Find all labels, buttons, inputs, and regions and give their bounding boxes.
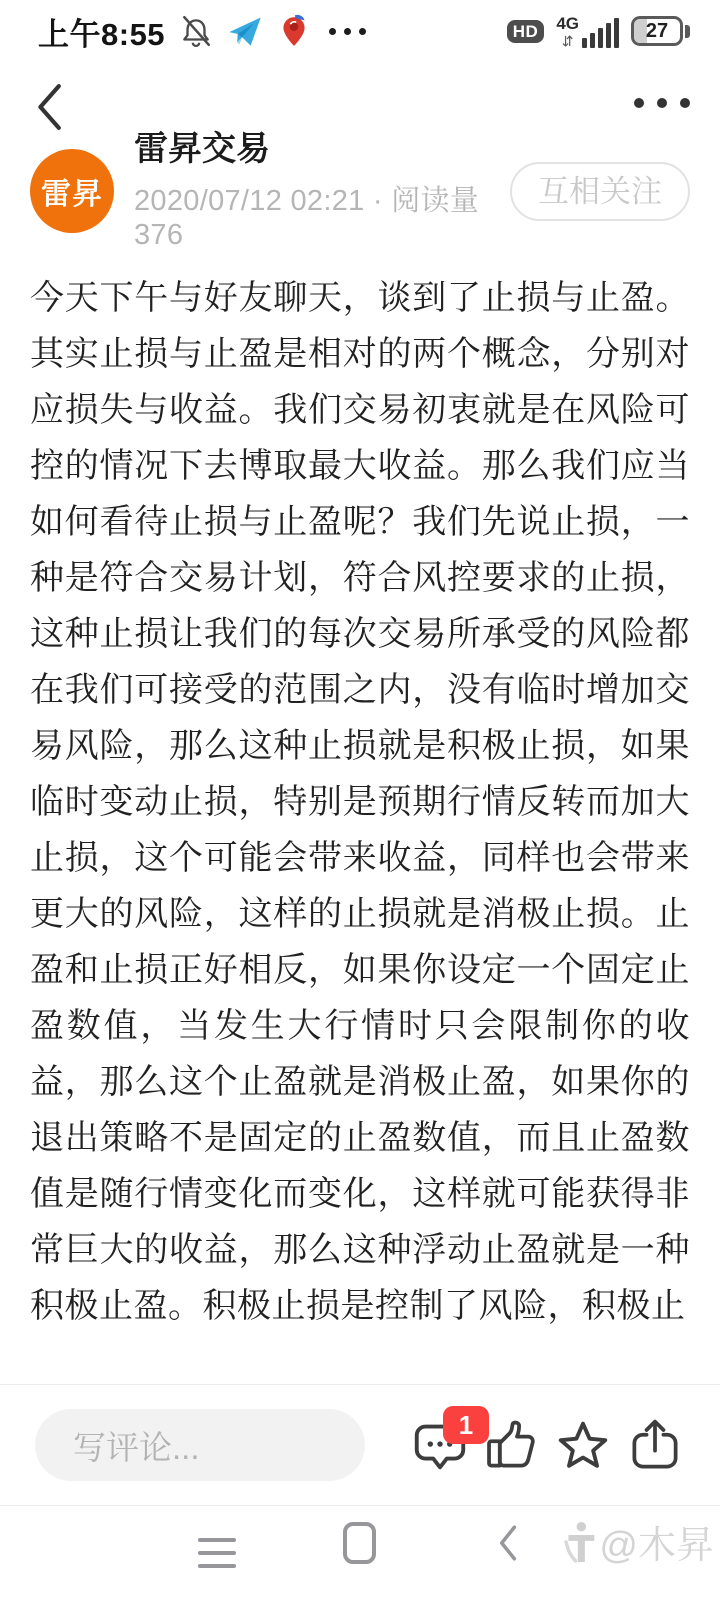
post-meta: 2020/07/12 02:21 · 阅读量 376 [134,178,510,252]
status-bar: 上午8:55 HD 4G [0,0,720,62]
watermark-logo-icon [559,1518,599,1566]
like-button[interactable] [481,1412,543,1478]
author-row: 雷昇 雷昇交易 2020/07/12 02:21 · 阅读量 376 互相关注 [30,148,690,234]
nav-back-chevron-icon [492,1522,522,1564]
comment-input[interactable]: 写评论... [35,1409,365,1481]
comment-placeholder: 写评论... [73,1422,200,1469]
back-chevron-icon [26,80,72,134]
avatar-text: 雷昇 [41,169,103,213]
signal-bars-icon [582,18,619,48]
battery-percent: 27 [646,20,668,43]
more-options-button[interactable] [634,88,690,118]
watermark: @木昇 [559,1514,714,1569]
recents-menu-button[interactable] [192,1532,242,1574]
comment-button[interactable]: 1 [409,1412,471,1478]
comment-bar: 写评论... 1 [0,1384,720,1505]
hd-icon: HD [507,20,545,43]
signal-indicator: 4G ⇵ [556,15,619,48]
battery-cap [685,25,690,38]
back-button[interactable] [26,80,72,134]
screen: 上午8:55 HD 4G [0,0,720,1600]
app-bar [0,72,720,138]
share-icon [625,1414,685,1476]
battery-indicator: 27 [631,16,690,46]
telegram-icon [227,13,263,49]
author-avatar[interactable]: 雷昇 [30,149,114,233]
mutual-follow-button[interactable]: 互相关注 [510,162,690,221]
notification-overflow-icon [329,28,366,35]
home-button[interactable] [343,1522,376,1564]
share-button[interactable] [624,1412,686,1478]
favorite-button[interactable] [552,1412,614,1478]
watermark-text: @木昇 [599,1514,714,1569]
network-type-label: 4G [556,15,579,32]
author-name[interactable]: 雷昇交易 [134,130,510,169]
nav-back-button[interactable] [492,1522,522,1569]
article-body: 今天下午与好友聊天，谈到了止损与止盈。其实止损与止盈是相对的两个概念，分别对应损… [30,270,690,1334]
favorite-star-icon [552,1414,614,1476]
muted-bell-icon [179,14,213,48]
like-icon [482,1415,542,1475]
bottom-nav: @木昇 [0,1505,720,1600]
data-arrows-icon: ⇵ [562,34,574,48]
status-time: 上午8:55 [38,9,165,54]
map-pin-icon [277,13,311,49]
